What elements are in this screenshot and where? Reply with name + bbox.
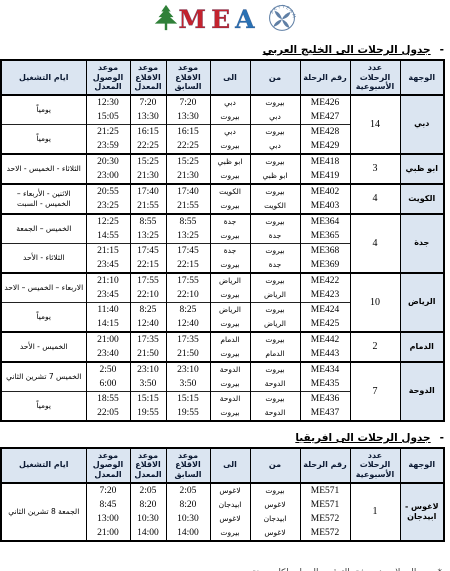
previous-departure-cell: 17:40	[166, 184, 210, 199]
origin-cell: الدوحة	[250, 406, 300, 421]
origin-cell: لاغوس	[250, 498, 300, 512]
origin-cell: ابو ظبي	[250, 169, 300, 184]
column-header-4: الى	[210, 60, 250, 95]
adjusted-departure-cell: 22:10	[130, 288, 166, 303]
flight-number-cell: ME365	[300, 229, 350, 244]
destination-cell: دبي	[400, 95, 444, 154]
operating-days-cell: يومياً	[1, 391, 86, 421]
flight-number-cell: ME425	[300, 317, 350, 332]
destination-city-cell: الدوحة	[210, 391, 250, 406]
adjusted-arrival-cell: 23:25	[86, 199, 130, 214]
flight-row: الدمام2ME442بيروتالدمام17:3517:3521:00ال…	[1, 332, 444, 347]
origin-cell: جدة	[250, 258, 300, 273]
adjusted-arrival-cell: 23:59	[86, 139, 130, 154]
flight-number-cell: ME402	[300, 184, 350, 199]
previous-departure-cell: 22:15	[166, 258, 210, 273]
destination-city-cell: بيروت	[210, 199, 250, 214]
gulf-flights-table: الوجهةعدد الرحلات الأسبوعيةرقم الرحلةمنا…	[0, 59, 445, 422]
adjusted-departure-cell: 13:25	[130, 229, 166, 244]
origin-cell: الرياض	[250, 317, 300, 332]
column-header-2: رقم الرحلة	[300, 60, 350, 95]
adjusted-arrival-cell: 23:45	[86, 258, 130, 273]
previous-departure-cell: 14:00	[166, 526, 210, 541]
flight-number-cell: ME434	[300, 362, 350, 377]
adjusted-departure-cell: 10:30	[130, 512, 166, 526]
destination-city-cell: الدمام	[210, 332, 250, 347]
adjusted-arrival-cell: 22:05	[86, 406, 130, 421]
previous-departure-cell: 13:30	[166, 110, 210, 125]
svg-text:SKYTEAM: SKYTEAM	[268, 4, 296, 20]
origin-cell: بيروت	[250, 332, 300, 347]
destination-city-cell: بيروت	[210, 258, 250, 273]
section-title-text: جدول الرحلات الى افريقيا	[295, 432, 430, 444]
destination-city-cell: بيروت	[210, 110, 250, 125]
origin-cell: جدة	[250, 229, 300, 244]
previous-departure-cell: 8:55	[166, 214, 210, 229]
header-logo: MEA SKYTEAM	[0, 0, 450, 35]
local-time-footnote: *جميع الرحلات هي وفق التوقيت المحلي لكل …	[0, 568, 450, 571]
flight-number-cell: ME423	[300, 288, 350, 303]
operating-days-cell: الخميس – الجمعة	[1, 214, 86, 244]
weekly-flights-cell: 7	[350, 362, 400, 421]
origin-cell: الرياض	[250, 288, 300, 303]
title-bullet: -	[440, 432, 444, 444]
adjusted-departure-cell: 21:30	[130, 169, 166, 184]
skyteam-label: SKYTEAM	[268, 4, 296, 20]
previous-departure-cell: 3:50	[166, 377, 210, 392]
previous-departure-cell: 8:20	[166, 498, 210, 512]
previous-departure-cell: 17:45	[166, 243, 210, 258]
adjusted-departure-cell: 8:20	[130, 498, 166, 512]
destination-city-cell: لاغوس	[210, 512, 250, 526]
mea-letter-a: A	[235, 7, 259, 32]
previous-departure-cell: 12:40	[166, 317, 210, 332]
destination-city-cell: لاغوس	[210, 483, 250, 498]
adjusted-departure-cell: 17:35	[130, 332, 166, 347]
previous-departure-cell: 21:50	[166, 347, 210, 362]
adjusted-arrival-cell: 11:40	[86, 302, 130, 317]
column-header-6: موعد الاقلاع المعدل	[130, 60, 166, 95]
flight-number-cell: ME572	[300, 526, 350, 541]
adjusted-departure-cell: 16:15	[130, 124, 166, 139]
flight-number-cell: ME368	[300, 243, 350, 258]
destination-city-cell: بيروت	[210, 317, 250, 332]
column-header-4: الى	[210, 448, 250, 483]
flight-number-cell: ME419	[300, 169, 350, 184]
origin-cell: بيروت	[250, 483, 300, 498]
origin-cell: بيروت	[250, 243, 300, 258]
destination-cell: الكويت	[400, 184, 444, 214]
previous-departure-cell: 22:10	[166, 288, 210, 303]
operating-days-cell: الاربعاء – الخميس – الاحد	[1, 273, 86, 303]
previous-departure-cell: 16:15	[166, 124, 210, 139]
operating-days-cell: الخميس - الأحد	[1, 332, 86, 362]
column-header-8: ايام التشغيل	[1, 448, 86, 483]
adjusted-departure-cell: 7:20	[130, 95, 166, 110]
previous-departure-cell: 17:35	[166, 332, 210, 347]
flight-number-cell: ME364	[300, 214, 350, 229]
previous-departure-cell: 17:55	[166, 273, 210, 288]
adjusted-departure-cell: 12:40	[130, 317, 166, 332]
destination-city-cell: بيروت	[210, 347, 250, 362]
origin-cell: بيروت	[250, 124, 300, 139]
column-header-3: من	[250, 60, 300, 95]
destination-city-cell: جدة	[210, 243, 250, 258]
destination-city-cell: بيروت	[210, 406, 250, 421]
destination-city-cell: دبي	[210, 124, 250, 139]
adjusted-departure-cell: 22:15	[130, 258, 166, 273]
previous-departure-cell: 21:55	[166, 199, 210, 214]
previous-departure-cell: 8:25	[166, 302, 210, 317]
flight-row: جدة4ME364بيروتجدة8:558:5512:25الخميس – ا…	[1, 214, 444, 229]
origin-cell: بيروت	[250, 214, 300, 229]
destination-city-cell: بيروت	[210, 288, 250, 303]
adjusted-arrival-cell: 21:00	[86, 332, 130, 347]
flight-number-cell: ME571	[300, 498, 350, 512]
flight-row: دبي14ME426بيروتدبي7:207:2012:30يومياً	[1, 95, 444, 110]
skyteam-logo-icon: SKYTEAM	[266, 1, 298, 33]
previous-departure-cell: 10:30	[166, 512, 210, 526]
destination-city-cell: دبي	[210, 95, 250, 110]
weekly-flights-cell: 2	[350, 332, 400, 362]
previous-departure-cell: 7:20	[166, 95, 210, 110]
africa-flights-table: الوجهةعدد الرحلات الأسبوعيةرقم الرحلةمنا…	[0, 447, 445, 542]
origin-cell: دبي	[250, 110, 300, 125]
weekly-flights-cell: 10	[350, 273, 400, 332]
adjusted-arrival-cell: 21:00	[86, 526, 130, 541]
africa-section-title: - جدول الرحلات الى افريقيا	[0, 432, 450, 444]
column-header-1: عدد الرحلات الأسبوعية	[350, 60, 400, 95]
adjusted-arrival-cell: 23:45	[86, 288, 130, 303]
section-title-text: جدول الرحلات الى الخليج العربي	[263, 44, 431, 56]
column-header-0: الوجهة	[400, 60, 444, 95]
column-header-6: موعد الاقلاع المعدل	[130, 448, 166, 483]
adjusted-arrival-cell: 14:55	[86, 229, 130, 244]
title-bullet: -	[440, 44, 444, 56]
operating-days-cell: الاثنين - الأربعاء – الخميس - السبت	[1, 184, 86, 214]
adjusted-departure-cell: 21:50	[130, 347, 166, 362]
weekly-flights-cell: 1	[350, 483, 400, 541]
flight-number-cell: ME437	[300, 406, 350, 421]
origin-cell: الدمام	[250, 347, 300, 362]
destination-city-cell: جدة	[210, 214, 250, 229]
adjusted-arrival-cell: 20:55	[86, 184, 130, 199]
flight-number-cell: ME426	[300, 95, 350, 110]
table-header: الوجهةعدد الرحلات الأسبوعيةرقم الرحلةمنا…	[1, 448, 444, 483]
destination-city-cell: بيروت	[210, 526, 250, 541]
flight-row: الدوحة7ME434بيروتالدوحة23:1023:102:50الخ…	[1, 362, 444, 377]
adjusted-arrival-cell: 23:00	[86, 169, 130, 184]
previous-departure-cell: 19:55	[166, 406, 210, 421]
adjusted-arrival-cell: 21:15	[86, 243, 130, 258]
destination-city-cell: ابيدجان	[210, 498, 250, 512]
origin-cell: دبي	[250, 139, 300, 154]
adjusted-arrival-cell: 18:55	[86, 391, 130, 406]
operating-days-cell: يومياً	[1, 124, 86, 154]
flight-number-cell: ME429	[300, 139, 350, 154]
destination-cell: الدمام	[400, 332, 444, 362]
adjusted-departure-cell: 15:25	[130, 154, 166, 169]
operating-days-cell: الثلاثاء - الأحد	[1, 243, 86, 273]
origin-cell: بيروت	[250, 302, 300, 317]
flight-row: لاغوس - ابيدجان1ME571بيروتلاغوس2:052:057…	[1, 483, 444, 498]
column-header-7: موعد الوصول المعدل	[86, 448, 130, 483]
table-header: الوجهةعدد الرحلات الأسبوعيةرقم الرحلةمنا…	[1, 60, 444, 95]
flight-number-cell: ME424	[300, 302, 350, 317]
destination-city-cell: بيروت	[210, 377, 250, 392]
operating-days-cell: يومياً	[1, 95, 86, 125]
adjusted-arrival-cell: 8:45	[86, 498, 130, 512]
destination-cell: الرياض	[400, 273, 444, 332]
destination-city-cell: الدوحة	[210, 362, 250, 377]
adjusted-arrival-cell: 14:15	[86, 317, 130, 332]
column-header-5: موعد الاقلاع السابق	[166, 60, 210, 95]
previous-departure-cell: 15:25	[166, 154, 210, 169]
column-header-5: موعد الاقلاع السابق	[166, 448, 210, 483]
flight-row: ابو ظبي3ME418بيروتابو ظبي15:2515:2520:30…	[1, 154, 444, 169]
destination-cell: الدوحة	[400, 362, 444, 421]
origin-cell: الكويت	[250, 199, 300, 214]
adjusted-arrival-cell: 23:40	[86, 347, 130, 362]
adjusted-arrival-cell: 13:00	[86, 512, 130, 526]
column-header-8: ايام التشغيل	[1, 60, 86, 95]
previous-departure-cell: 22:25	[166, 139, 210, 154]
column-header-0: الوجهة	[400, 448, 444, 483]
origin-cell: بيروت	[250, 184, 300, 199]
adjusted-departure-cell: 19:55	[130, 406, 166, 421]
adjusted-departure-cell: 17:55	[130, 273, 166, 288]
flight-number-cell: ME418	[300, 154, 350, 169]
weekly-flights-cell: 4	[350, 184, 400, 214]
operating-days-cell: الجمعة 8 تشرين الثاني	[1, 483, 86, 541]
flight-number-cell: ME436	[300, 391, 350, 406]
flight-number-cell: ME572	[300, 512, 350, 526]
previous-departure-cell: 13:25	[166, 229, 210, 244]
column-header-3: من	[250, 448, 300, 483]
adjusted-departure-cell: 14:00	[130, 526, 166, 541]
adjusted-arrival-cell: 2:50	[86, 362, 130, 377]
adjusted-departure-cell: 17:45	[130, 243, 166, 258]
destination-city-cell: بيروت	[210, 169, 250, 184]
flight-number-cell: ME435	[300, 377, 350, 392]
flight-schedule-page: MEA SKYTEAM - جدول الرحلات الى الخليج ال…	[0, 0, 450, 571]
weekly-flights-cell: 3	[350, 154, 400, 184]
adjusted-arrival-cell: 7:20	[86, 483, 130, 498]
origin-cell: لاغوس	[250, 526, 300, 541]
flight-number-cell: ME428	[300, 124, 350, 139]
mea-letter-e: E	[211, 7, 235, 32]
adjusted-arrival-cell: 21:10	[86, 273, 130, 288]
destination-city-cell: الرياض	[210, 273, 250, 288]
column-header-2: رقم الرحلة	[300, 448, 350, 483]
flight-number-cell: ME369	[300, 258, 350, 273]
destination-city-cell: الرياض	[210, 302, 250, 317]
adjusted-arrival-cell: 12:30	[86, 95, 130, 110]
column-header-7: موعد الوصول المعدل	[86, 60, 130, 95]
destination-city-cell: ابو ظبي	[210, 154, 250, 169]
adjusted-departure-cell: 2:05	[130, 483, 166, 498]
adjusted-departure-cell: 23:10	[130, 362, 166, 377]
adjusted-departure-cell: 15:15	[130, 391, 166, 406]
origin-cell: الدوحة	[250, 377, 300, 392]
origin-cell: بيروت	[250, 273, 300, 288]
previous-departure-cell: 15:15	[166, 391, 210, 406]
adjusted-departure-cell: 8:25	[130, 302, 166, 317]
adjusted-departure-cell: 21:55	[130, 199, 166, 214]
adjusted-departure-cell: 17:40	[130, 184, 166, 199]
flight-number-cell: ME571	[300, 483, 350, 498]
origin-cell: بيروت	[250, 362, 300, 377]
flight-number-cell: ME403	[300, 199, 350, 214]
previous-departure-cell: 23:10	[166, 362, 210, 377]
previous-departure-cell: 21:30	[166, 169, 210, 184]
flight-number-cell: ME442	[300, 332, 350, 347]
flight-number-cell: ME427	[300, 110, 350, 125]
adjusted-arrival-cell: 6:00	[86, 377, 130, 392]
flight-row: الرياض10ME422بيروتالرياض17:5517:5521:10ا…	[1, 273, 444, 288]
column-header-1: عدد الرحلات الأسبوعية	[350, 448, 400, 483]
cedar-tree-icon	[152, 4, 180, 32]
mea-letter-m: M	[178, 7, 211, 32]
adjusted-arrival-cell: 12:25	[86, 214, 130, 229]
destination-cell: جدة	[400, 214, 444, 273]
adjusted-departure-cell: 13:30	[130, 110, 166, 125]
weekly-flights-cell: 4	[350, 214, 400, 273]
adjusted-departure-cell: 3:50	[130, 377, 166, 392]
adjusted-arrival-cell: 21:25	[86, 124, 130, 139]
operating-days-cell: الثلاثاء - الخميس - الاحد	[1, 154, 86, 184]
operating-days-cell: يومياً	[1, 302, 86, 332]
adjusted-arrival-cell: 20:30	[86, 154, 130, 169]
origin-cell: بيروت	[250, 391, 300, 406]
weekly-flights-cell: 14	[350, 95, 400, 154]
flight-row: الكويت4ME402بيروتالكويت17:4017:4020:55ال…	[1, 184, 444, 199]
adjusted-arrival-cell: 15:05	[86, 110, 130, 125]
flight-number-cell: ME422	[300, 273, 350, 288]
adjusted-departure-cell: 8:55	[130, 214, 166, 229]
previous-departure-cell: 2:05	[166, 483, 210, 498]
origin-cell: بيروت	[250, 95, 300, 110]
origin-cell: ابيدجان	[250, 512, 300, 526]
origin-cell: بيروت	[250, 154, 300, 169]
destination-city-cell: بيروت	[210, 139, 250, 154]
gulf-section-title: - جدول الرحلات الى الخليج العربي	[0, 44, 450, 56]
destination-city-cell: الكويت	[210, 184, 250, 199]
destination-cell: لاغوس - ابيدجان	[400, 483, 444, 541]
adjusted-departure-cell: 22:25	[130, 139, 166, 154]
operating-days-cell: الخميس 7 تشرين الثاني	[1, 362, 86, 392]
destination-cell: ابو ظبي	[400, 154, 444, 184]
destination-city-cell: بيروت	[210, 229, 250, 244]
mea-wordmark: MEA	[178, 7, 259, 32]
flight-number-cell: ME443	[300, 347, 350, 362]
